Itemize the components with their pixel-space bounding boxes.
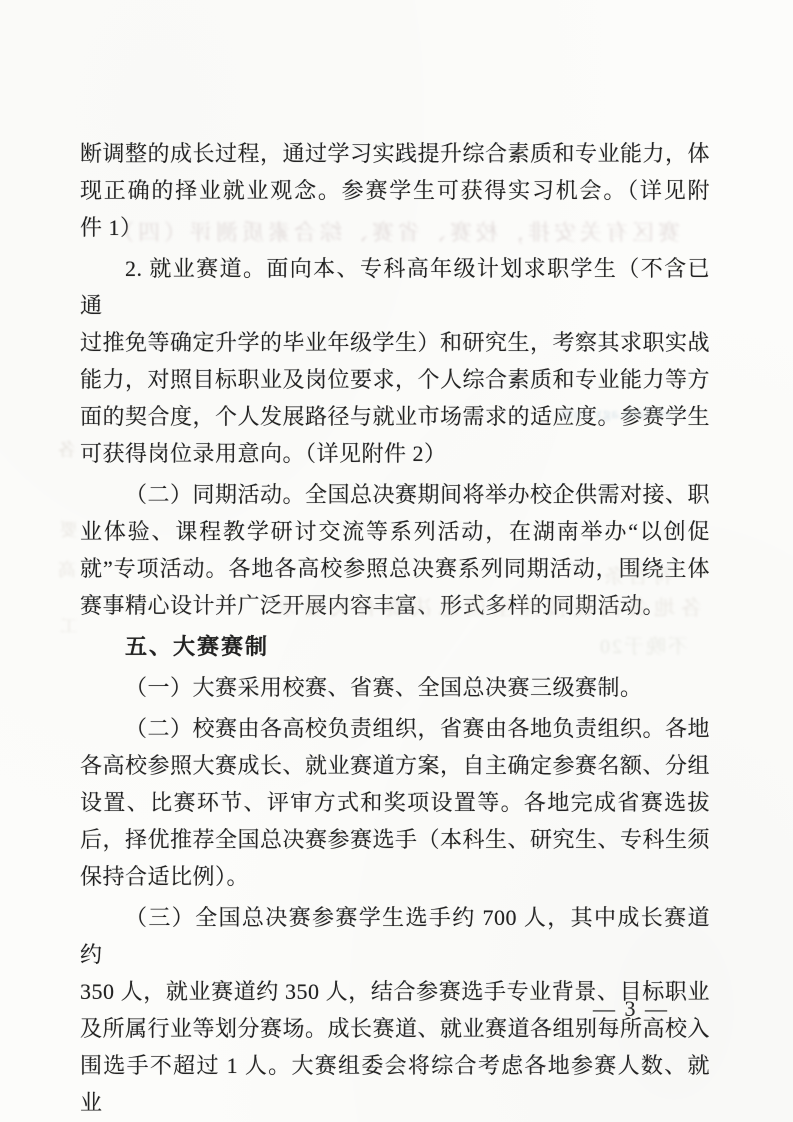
text-line: 就”专项活动。各地各高校参照总决赛系列同期活动，围绕主体 bbox=[80, 550, 710, 587]
text-line: （二）同期活动。全国总决赛期间将举办校企供需对接、职 bbox=[80, 476, 710, 513]
text-line: （三）全国总决赛参赛学生选手约 700 人，其中成长赛道约 bbox=[80, 899, 710, 973]
text-line: 能力，对照目标职业及岗位要求，个人综合素质和专业能力等方 bbox=[80, 361, 710, 398]
text-line: 可获得岗位录用意向。（详见附件 2） bbox=[80, 435, 710, 472]
bleed-through-artifact: 要 bbox=[60, 516, 78, 542]
text-line: 后，择优推荐全国总决赛参赛选手（本科生、研究生、专科生须 bbox=[80, 821, 710, 858]
text-line: 赛事精心设计并广泛开展内容丰富、形式多样的同期活动。 bbox=[80, 587, 710, 624]
text-line: 现正确的择业就业观念。参赛学生可获得实习机会。（详见附 bbox=[80, 172, 710, 209]
page-number: — 3 — bbox=[593, 996, 669, 1022]
text-line: 面的契合度，个人发展路径与就业市场需求的适应度。参赛学生 bbox=[80, 398, 710, 435]
section-heading: 五、大赛赛制 bbox=[80, 628, 710, 665]
document-page: 断调整的成长过程，通过学习实践提升综合素质和专业能力，体现正确的择业就业观念。参… bbox=[0, 0, 793, 1122]
text-line: 过推免等确定升学的毕业年级学生）和研究生，考察其求职实战 bbox=[80, 324, 710, 361]
text-line: 各高校参照大赛成长、就业赛道方案，自主确定参赛名额、分组 bbox=[80, 747, 710, 784]
text-line: 2. 就业赛道。面向本、专科高年级计划求职学生（不含已通 bbox=[80, 250, 710, 324]
text-line: 围选手不超过 1 人。大赛组委会将综合考虑各地参赛人数、就业 bbox=[80, 1047, 710, 1121]
text-line: （一）大赛采用校赛、省赛、全国总决赛三级赛制。 bbox=[80, 669, 710, 706]
bleed-through-artifact: 各 bbox=[58, 436, 76, 462]
text-block: 断调整的成长过程，通过学习实践提升综合素质和专业能力，体现正确的择业就业观念。参… bbox=[80, 135, 710, 1121]
text-line: 设置、比赛环节、评审方式和奖项设置等。各地完成省赛选拔 bbox=[80, 784, 710, 821]
text-line: （二）校赛由各高校负责组织，省赛由各地负责组织。各地 bbox=[80, 710, 710, 747]
text-line: 件 1） bbox=[80, 209, 710, 246]
text-line: 断调整的成长过程，通过学习实践提升综合素质和专业能力，体 bbox=[80, 135, 710, 172]
bleed-through-artifact: 高 bbox=[58, 556, 76, 582]
text-line: 业体验、课程教学研讨交流等系列活动，在湖南举办“以创促 bbox=[80, 513, 710, 550]
bleed-through-artifact: 工 bbox=[60, 612, 78, 638]
text-line: 保持合适比例）。 bbox=[80, 858, 710, 895]
